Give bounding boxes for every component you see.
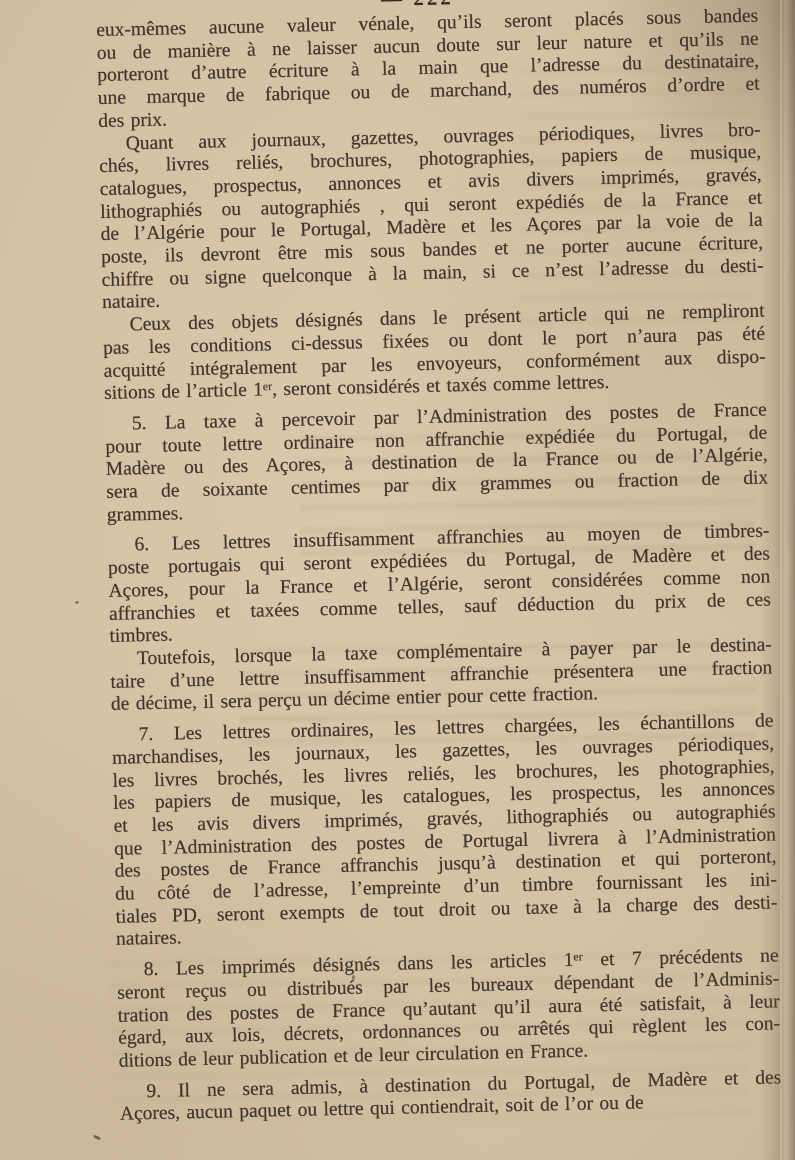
scanned-page: { "page": { "page_number_partial": "— 22… <box>0 0 795 1160</box>
page-edge-crease <box>780 0 782 1160</box>
ink-speck <box>352 975 355 980</box>
page-edge-shadow <box>759 0 795 1160</box>
paragraph: Ceux des objets désignés dans le présent… <box>102 301 766 406</box>
paragraph: eux-mêmes aucune valeur vénale, qu’ils s… <box>96 6 760 134</box>
text-block: eux-mêmes aucune valeur vénale, qu’ils s… <box>96 6 782 1127</box>
page-number-partial: — 222 <box>381 0 454 12</box>
ink-speck <box>93 1134 101 1140</box>
paragraph: 5. La taxe à percevoir par l’Administrat… <box>105 399 769 527</box>
paragraph: 8. Les imprimés désignés dans les articl… <box>117 945 781 1073</box>
ink-speck <box>75 601 79 604</box>
paragraph: 7. Les lettres ordinaires, les lettres c… <box>111 710 778 951</box>
paragraph: 6. Les lettres insuffisamment affranchie… <box>107 521 771 649</box>
paragraph: Toutefois, lorsque la taxe complémentair… <box>110 634 773 717</box>
paragraph: Quant aux journaux, gazettes, ouvrages p… <box>98 119 764 315</box>
